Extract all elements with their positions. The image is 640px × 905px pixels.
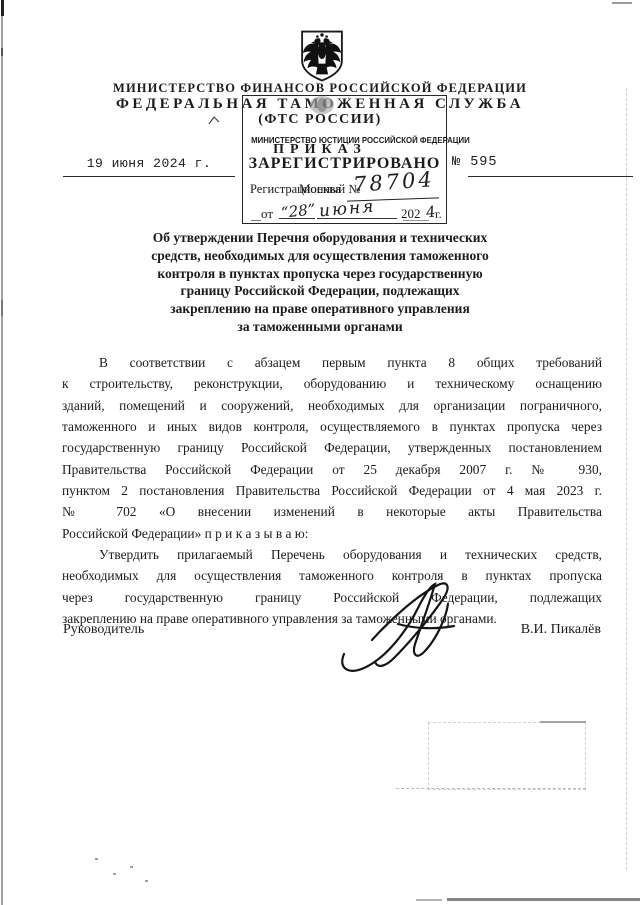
- stamp-date-day-underline: [279, 218, 315, 219]
- scan-left-edge-mark: [1, 0, 4, 16]
- scan-bottom-edge-line: [447, 898, 640, 901]
- order-title-line: Об утверждении Перечня оборудования и те…: [70, 229, 570, 247]
- scan-left-edge-mark: [1, 300, 3, 316]
- stamp-authority-label: МИНИСТЕРСТВО ЮСТИЦИИ РОССИЙСКОЙ ФЕДЕРАЦИ…: [251, 135, 438, 145]
- order-title-line: средств, необходимых для осуществления т…: [70, 247, 570, 265]
- body-line: необходимых для осуществления таможенног…: [62, 565, 602, 586]
- bleed-through-mark: [540, 721, 586, 723]
- issue-date: 19 июня 2024 г.: [63, 156, 235, 171]
- body-line: пунктом 2 постановления Правительства Ро…: [62, 480, 602, 501]
- signature-image: [338, 580, 468, 680]
- body-line: Правительства Российской Федерации от 25…: [62, 459, 602, 480]
- stamp-reg-number-label: Регистрационный №: [250, 182, 360, 197]
- order-title-line: контроля в пунктах пропуска через госуда…: [70, 265, 570, 283]
- pen-mark: [208, 116, 220, 125]
- body-line: государственную границу Российской Федер…: [62, 437, 602, 458]
- scan-noise: [130, 866, 133, 868]
- scan-left-edge-mark: [1, 48, 3, 56]
- bleed-through-stamp: [428, 722, 586, 790]
- scan-top-edge-mark: [612, 2, 632, 4]
- ministry-name: МИНИСТЕРСТВО ФИНАНСОВ РОССИЙСКОЙ ФЕДЕРАЦ…: [0, 81, 640, 96]
- stamp-dash-mark: [403, 220, 429, 221]
- scan-noise: [113, 873, 116, 875]
- bleed-through-mark: [396, 788, 586, 789]
- body-line: № 702 «О внесении изменений в некоторые …: [62, 501, 602, 522]
- stamp-reg-number-handwritten: 78704: [352, 167, 435, 197]
- body-line: Утвердить прилагаемый Перечень оборудова…: [62, 544, 602, 565]
- body-line: Российской Федерации» п р и к а з ы в а …: [62, 523, 602, 544]
- order-title: Об утверждении Перечня оборудования и те…: [70, 229, 570, 336]
- scan-bottom-edge-mark: [416, 899, 442, 901]
- order-title-line: за таможенными органами: [70, 318, 570, 336]
- signer-name: В.И. Пикалёв: [0, 622, 601, 638]
- doc-number-underline: [468, 176, 633, 177]
- order-body: В соответствии с абзацем первым пункта 8…: [62, 352, 602, 629]
- scanned-order-document: МИНИСТЕРСТВО ФИНАНСОВ РОССИЙСКОЙ ФЕДЕРАЦ…: [0, 0, 640, 905]
- stamp-date-year-suffix: г.: [435, 207, 442, 222]
- stamp-date-month-underline: [317, 218, 397, 219]
- body-line: через государственную границу Российской…: [62, 587, 602, 608]
- doc-number: № 595: [452, 155, 498, 170]
- order-title-line: границу Российской Федерации, подлежащих: [70, 282, 570, 300]
- justice-registration-stamp: МИНИСТЕРСТВО ЮСТИЦИИ РОССИЙСКОЙ ФЕДЕРАЦИ…: [242, 95, 447, 224]
- issue-date-underline: [63, 176, 235, 177]
- body-line: зданий, помещений и сооружений, необходи…: [62, 395, 602, 416]
- body-line: к строительству, реконструкции, оборудов…: [62, 373, 602, 394]
- scan-noise: [95, 858, 98, 860]
- scan-right-edge-line: [626, 88, 627, 870]
- stamp-date-prefix: от: [261, 206, 273, 222]
- stamp-emblem-icon: [308, 95, 336, 115]
- body-line: таможенного и иных видов контроля, осуще…: [62, 416, 602, 437]
- stamp-dash-mark: [251, 220, 261, 221]
- order-title-line: закреплению на праве оперативного управл…: [70, 300, 570, 318]
- body-line: В соответствии с абзацем первым пункта 8…: [62, 352, 602, 373]
- coat-of-arms-eagle-icon: [299, 30, 345, 82]
- scan-noise: [145, 880, 148, 882]
- scan-left-edge-line: [1, 0, 3, 905]
